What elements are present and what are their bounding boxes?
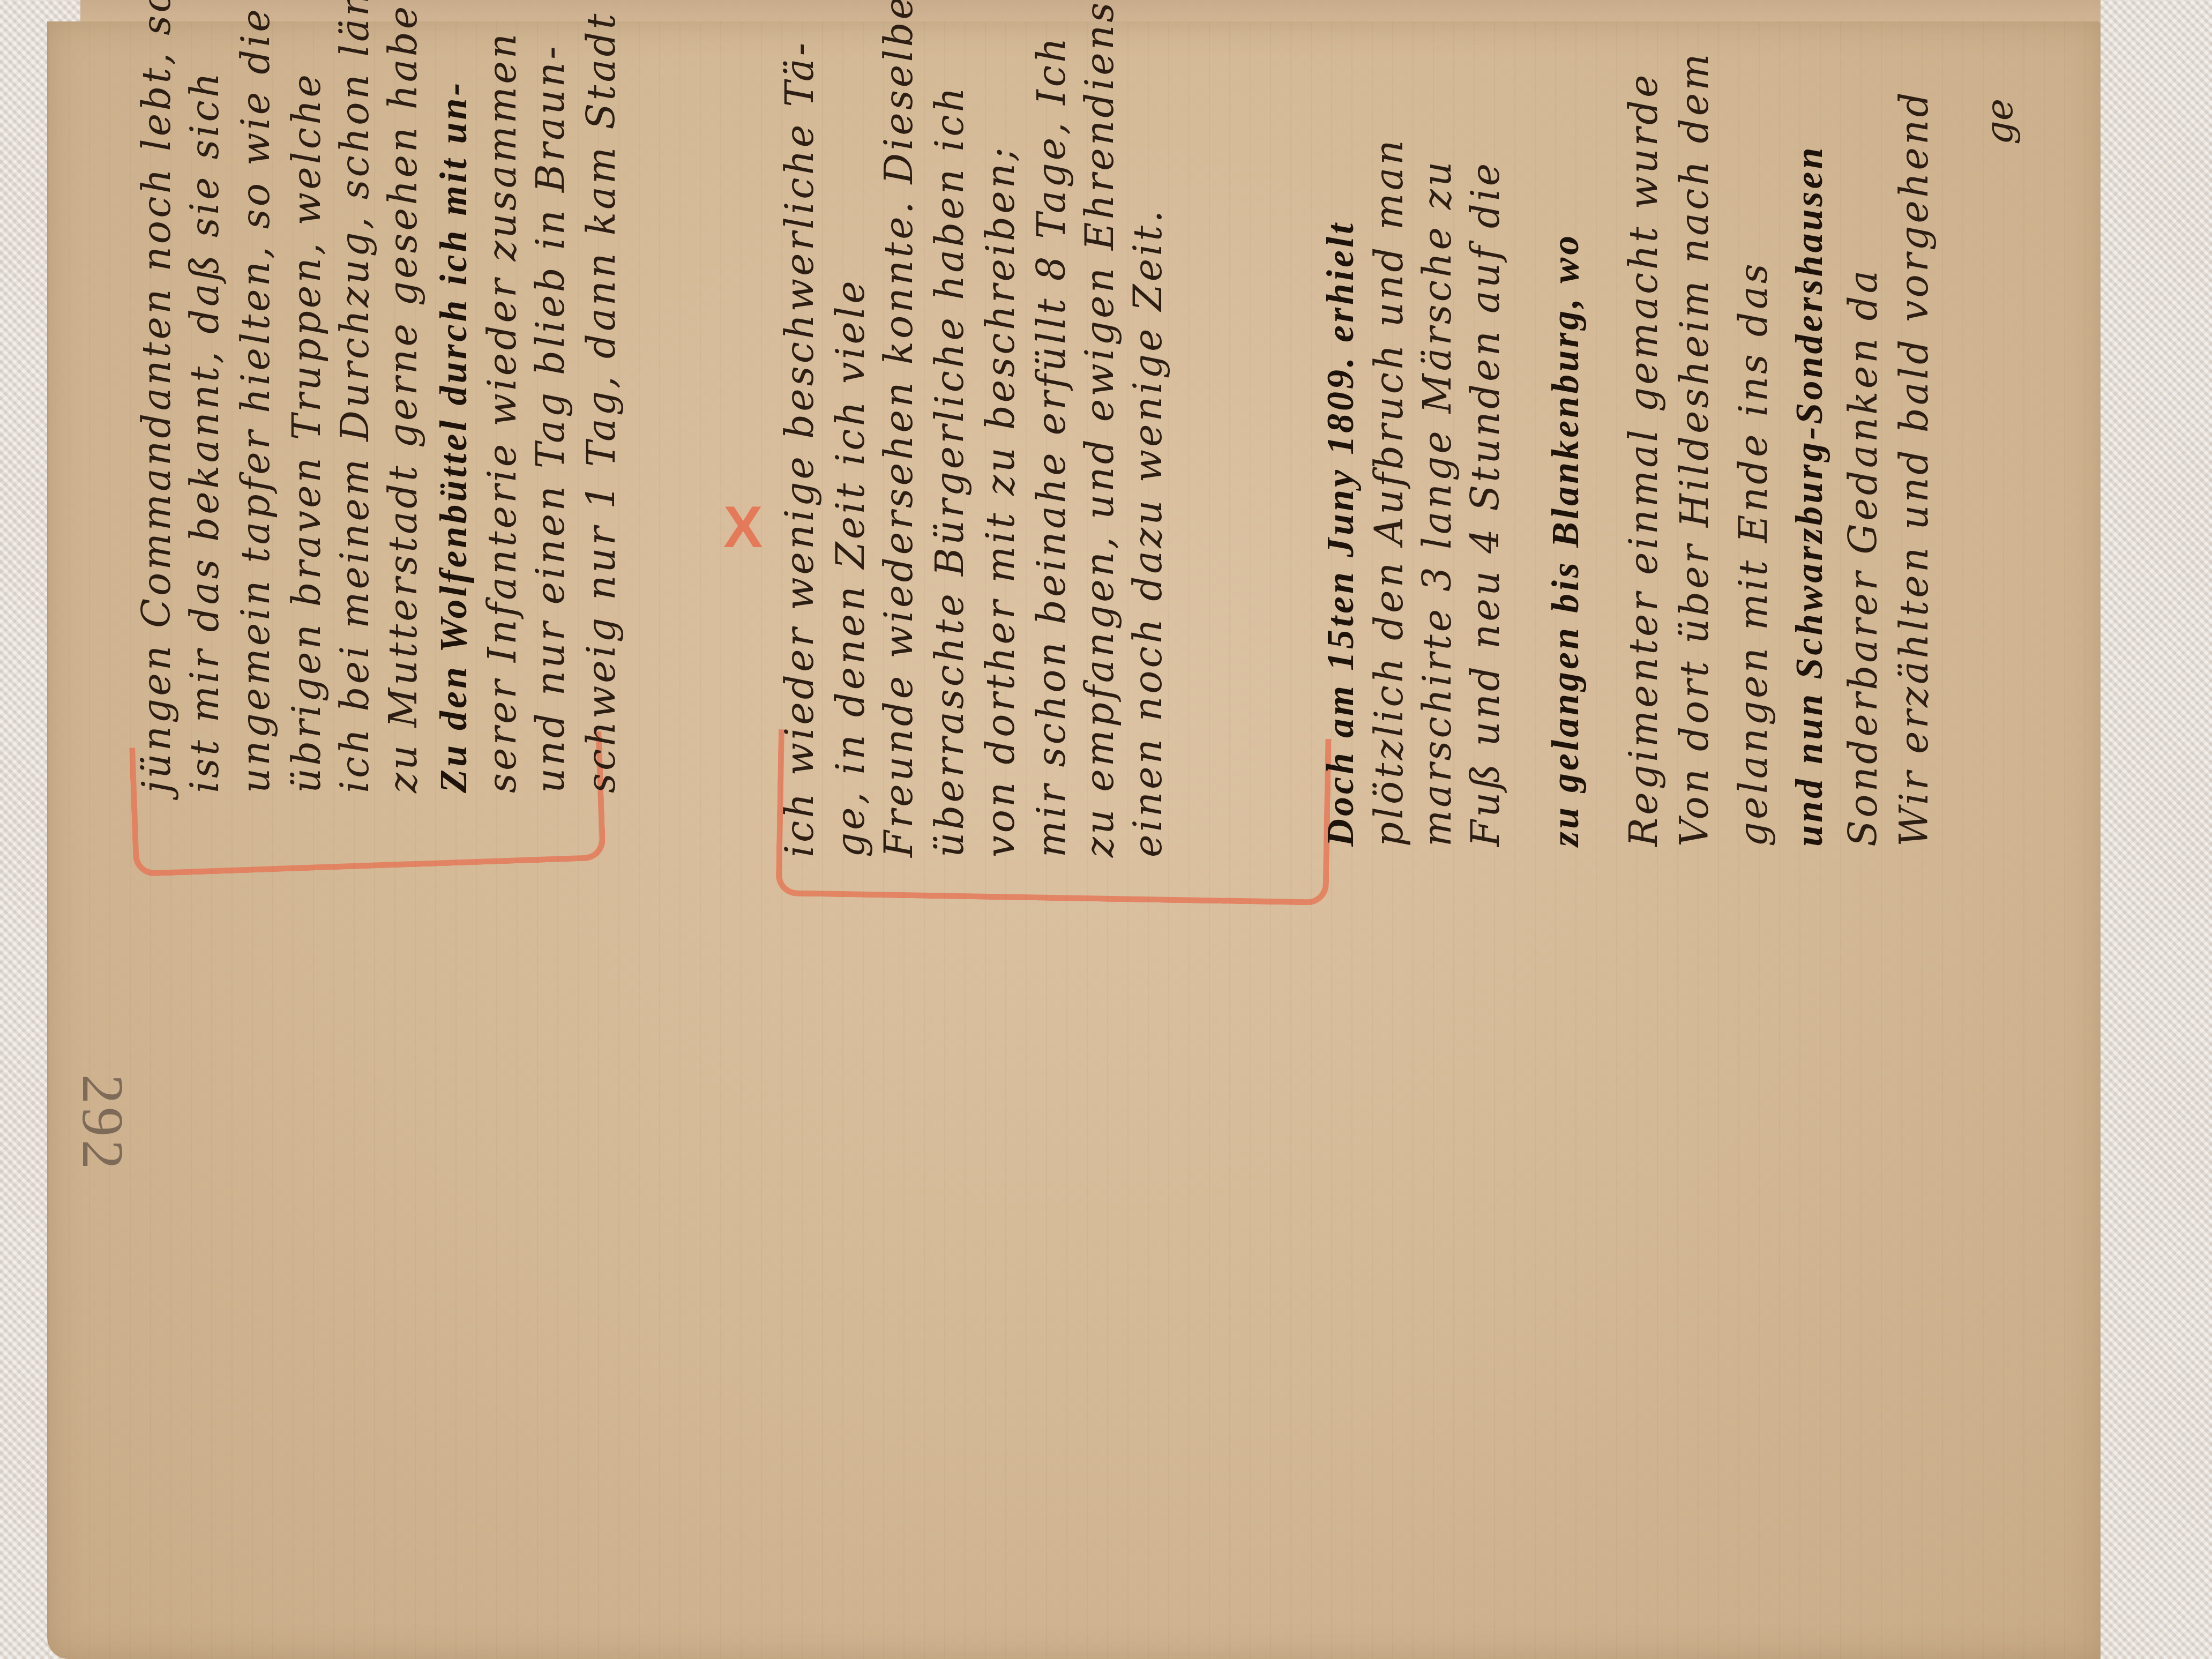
manuscript-line: ge, in denen Zeit ich viele [828, 278, 873, 857]
manuscript-line: Von dort über Hildesheim nach dem [1672, 51, 1717, 847]
manuscript-line: zu empfangen, und ewigen Ehrendienst [1077, 0, 1122, 857]
manuscript-line: plötzlich den Aufbruch und man [1366, 137, 1411, 847]
manuscript-line: einen noch dazu wenige Zeit. [1125, 208, 1170, 857]
red-cross-mark: X [723, 493, 763, 561]
manuscript-line: Wir erzählten und bald vorgehend [1892, 90, 1937, 847]
manuscript-line: Fuß und neu 4 Stunden auf die [1463, 161, 1508, 847]
manuscript-page: 292 X jüngen Commandanten noch lebt, so … [47, 21, 2101, 1659]
manuscript-line: Sonderbarer Gedanken da [1841, 267, 1886, 847]
manuscript-line: übrigen braven Truppen, welche [284, 72, 329, 793]
manuscript-line: ich bei meinem Durchzug, schon längst [332, 0, 377, 793]
catchword: ge [1977, 99, 2021, 145]
manuscript-line: gelangen mit Ende ins das [1731, 261, 1776, 847]
manuscript-line: jüngen Commandanten noch lebt, so [134, 0, 179, 793]
manuscript-line: ungemein tapfer hielten, so wie die [233, 6, 278, 793]
manuscript-line: zu Mutterstadt gerne gesehen habe. [380, 0, 425, 793]
folio-number: 292 [69, 1074, 137, 1172]
manuscript-line: zu gelangen bis Blankenburg, wo [1543, 233, 1588, 847]
manuscript-line: von dorther mit zu beschreiben; [978, 145, 1023, 857]
manuscript-line: Freunde wiedersehen konnte. Dieselben [876, 0, 921, 857]
manuscript-line: und nur einen Tag blieb in Braun- [528, 44, 573, 793]
manuscript-line: Regimenter einmal gemacht wurde [1621, 72, 1666, 847]
manuscript-line: und nun Schwarzburg-Sondershausen [1787, 145, 1832, 847]
manuscript-line: schweig nur 1 Tag, dann kam Stadt [...] [579, 0, 624, 793]
manuscript-line: mir schon beinahe erfüllt 8 Tage, Ich [1029, 35, 1074, 857]
manuscript-line: überraschte Bürgerliche haben ich [927, 85, 972, 857]
manuscript-line: marschirte 3 lange Märsche zu [1415, 159, 1460, 847]
manuscript-line: ist mir das bekannt, daß sie sich [182, 70, 227, 793]
manuscript-line-date: Doch am 15ten Juny 1809. erhielt [1318, 221, 1363, 847]
manuscript-line: ich wieder wenige beschwerliche Tä- [777, 40, 822, 857]
manuscript-line: Zu den Wolfenbüttel durch ich mit un- [431, 80, 476, 793]
manuscript-line: serer Infanterie wieder zusammen [480, 31, 525, 793]
